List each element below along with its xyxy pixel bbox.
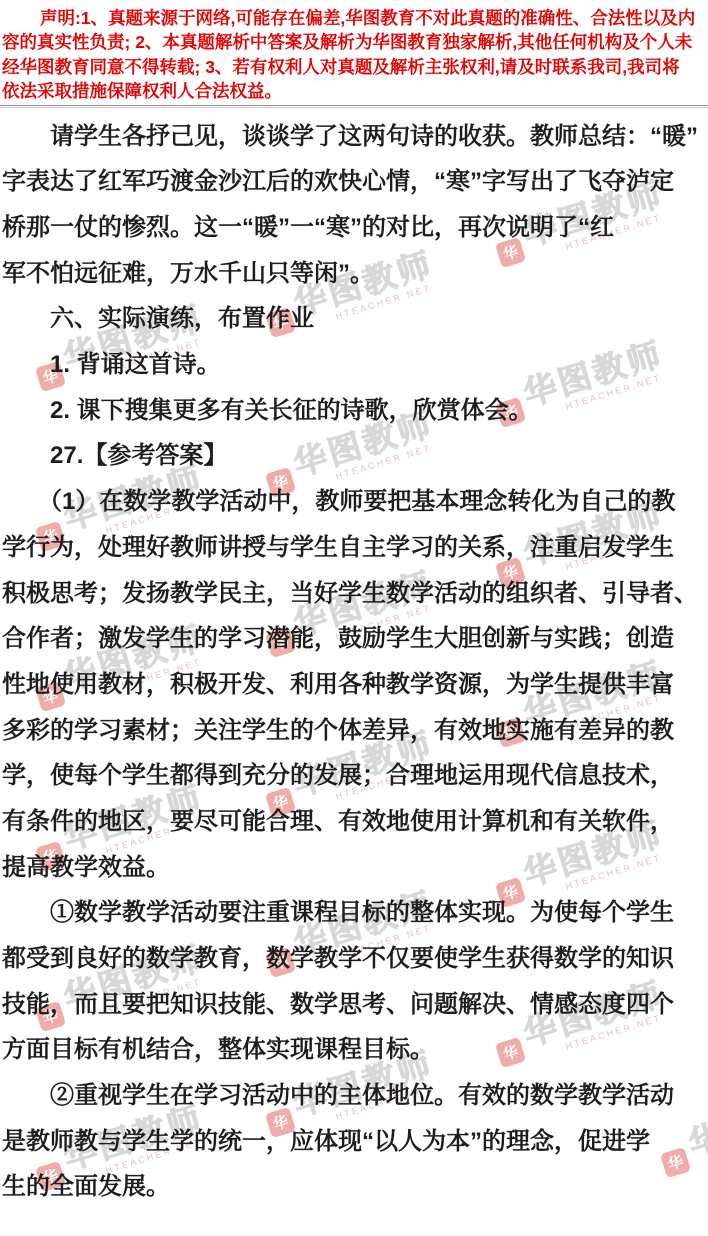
- text-line: 积极思考；发扬教学民主，当好学生数学活动的组织者、引导者、: [2, 571, 706, 617]
- text-line: 多彩的学习素材；关注学生的个体差异，有效地实施有差异的教: [2, 708, 706, 754]
- text-line: 桥那一仗的惨烈。这一“暖”一“寒”的对比，再次说明了“红: [2, 205, 706, 251]
- text-line: 2. 课下搜集更多有关长征的诗歌，欣赏体会。: [2, 388, 706, 434]
- disclaimer-line: 依法采取措施保障权利人合法权益。: [2, 79, 706, 103]
- text-line: 六、实际演练，布置作业: [2, 296, 706, 342]
- text-line: 学行为，处理好教师讲授与学生自主学习的关系，注重启发学生: [2, 525, 706, 571]
- disclaimer-line: 声明:1、真题来源于网络,可能存在偏差,华图教育不对此真题的准确性、合法性以及内: [2, 6, 706, 30]
- text-line: ②重视学生在学习活动中的主体地位。有效的数学教学活动: [2, 1073, 706, 1119]
- text-line: （1）在数学教学活动中，教师要把基本理念转化为自己的教: [2, 479, 706, 525]
- text-line: 提高教学效益。: [2, 845, 706, 891]
- separator-double-rule: [0, 105, 708, 108]
- text-line: 都受到良好的数学教育，数学教学不仅要使学生获得数学的知识: [2, 936, 706, 982]
- disclaimer-line: 容的真实性负责; 2、本真题解析中答案及解析为华图教育独家解析,其他任何机构及个…: [2, 30, 706, 54]
- text-line: 有条件的地区，要尽可能合理、有效地使用计算机和有关软件，: [2, 799, 706, 845]
- text-line: 技能，而且要把知识技能、数学思考、问题解决、情感态度四个: [2, 982, 706, 1028]
- text-line: 请学生各抒己见，谈谈学了这两句诗的收获。教师总结：“暖”: [2, 114, 706, 160]
- text-line: ①数学教学活动要注重课程目标的整体实现。为使每个学生: [2, 890, 706, 936]
- document-body: 请学生各抒己见，谈谈学了这两句诗的收获。教师总结：“暖”字表达了红军巧渡金沙江后…: [0, 114, 708, 1211]
- text-line: 生的全面发展。: [2, 1164, 706, 1210]
- document-page: 华华图教师HTEACHER.NET华华图教师HTEACHER.NET华华图教师H…: [0, 0, 708, 1236]
- text-line: 性地使用教材，积极开发、利用各种教学资源，为学生提供丰富: [2, 662, 706, 708]
- text-line: 字表达了红军巧渡金沙江后的欢快心情，“寒”字写出了飞夺泸定: [2, 159, 706, 205]
- text-line: 军不怕远征难，万水千山只等闲”。: [2, 251, 706, 297]
- text-line: 1. 背诵这首诗。: [2, 342, 706, 388]
- disclaimer: 声明:1、真题来源于网络,可能存在偏差,华图教育不对此真题的准确性、合法性以及内…: [0, 0, 708, 104]
- text-line: 27.【参考答案】: [2, 433, 706, 479]
- text-line: 合作者；激发学生的学习潜能，鼓励学生大胆创新与实践；创造: [2, 616, 706, 662]
- disclaimer-line: 经华图教育同意不得转载; 3、若有权利人对真题及解析主张权利,请及时联系我司,我…: [2, 55, 706, 79]
- text-line: 学，使每个学生都得到充分的发展；合理地运用现代信息技术，: [2, 753, 706, 799]
- text-line: 是教师教与学生学的统一，应体现“以人为本”的理念，促进学: [2, 1119, 706, 1165]
- text-line: 方面目标有机结合，整体实现课程目标。: [2, 1027, 706, 1073]
